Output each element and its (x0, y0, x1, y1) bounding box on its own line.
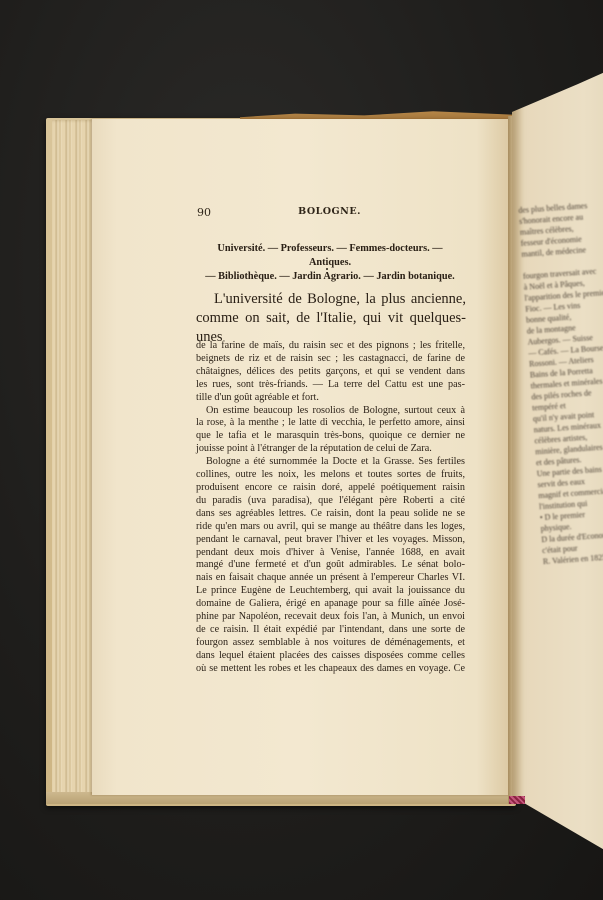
body-line: nais en faisait chaque année un présent … (196, 572, 465, 585)
bookmark-ribbon (509, 796, 525, 804)
chapter-summary: Université. — Professeurs. — Femmes-doct… (196, 242, 464, 284)
body-line: du paradis (uva paradisa), que l'élégant… (196, 495, 465, 508)
body-line: Le prince Eugène de Leuchtemberg, qui av… (196, 585, 465, 598)
body-line: châtaignes, délices des petits garçons, … (196, 366, 465, 379)
body-line: que le tafia et le marasquin très-bons, … (196, 430, 465, 443)
summary-line: — Bibliothèque. — Jardin Agrario. — Jard… (196, 270, 464, 284)
body-line: les rues, sont très-friands. — La terre … (196, 379, 465, 392)
page-title: BOLOGNE. (197, 206, 462, 217)
book-photo-scene: 90 BOLOGNE. Université. — Professeurs. —… (0, 0, 603, 900)
body-line: On estime beaucoup les rosolios de Bolog… (196, 405, 465, 418)
body-line: collines, outre les noix, les melons et … (196, 469, 465, 482)
body-line: domaine de Galiera, érigé en apanage pou… (196, 598, 465, 611)
body-line: pendant le carnaval, peut braver l'hiver… (196, 534, 465, 547)
body-line: phine par Napoléon, recevait deux fois l… (196, 611, 465, 624)
body-line: beignets de riz et de raisin sec ; les c… (196, 353, 465, 366)
ornament-dot (326, 268, 328, 270)
body-line: de la farine de maïs, du raisin sec et d… (196, 340, 465, 353)
body-line: jouisse point à l'étranger de la réputat… (196, 443, 465, 456)
body-line: où se mettent les robes et les chapeaux … (196, 663, 465, 676)
running-head: 90 BOLOGNE. (197, 206, 462, 220)
body-line: Bologne a été surnommée la Docte et la G… (196, 456, 465, 469)
body-text: de la farine de maïs, du raisin sec et d… (196, 340, 465, 676)
body-line: ride qu'en mars ou avril, qui se mange a… (196, 521, 465, 534)
body-line: pendant deux mois d'hiver à Venise, l'an… (196, 547, 465, 560)
lead-paragraph: L'université de Bologne, la plus ancienn… (196, 290, 466, 347)
body-line: mangé d'une fermeté et d'un goût admirab… (196, 559, 465, 572)
body-line: dans lequel étaient placées des caisses … (196, 650, 465, 663)
body-line: tille d'un goût agréable et fort. (196, 392, 465, 405)
summary-line: Université. — Professeurs. — Femmes-doct… (196, 242, 464, 270)
body-line: produisent encore ce raisin doré, appelé… (196, 482, 465, 495)
body-line: la rose, à la menthe ; le latte di vecch… (196, 417, 465, 430)
body-line: dans ses agréables lettres. Ce raisin, d… (196, 508, 465, 521)
body-line: de ce raisin. Il était expédié par l'int… (196, 624, 465, 637)
body-line: fourgon assez semblable à nos voitures d… (196, 637, 465, 650)
lead-line: L'université de Bologne, la plus ancienn… (196, 290, 466, 309)
